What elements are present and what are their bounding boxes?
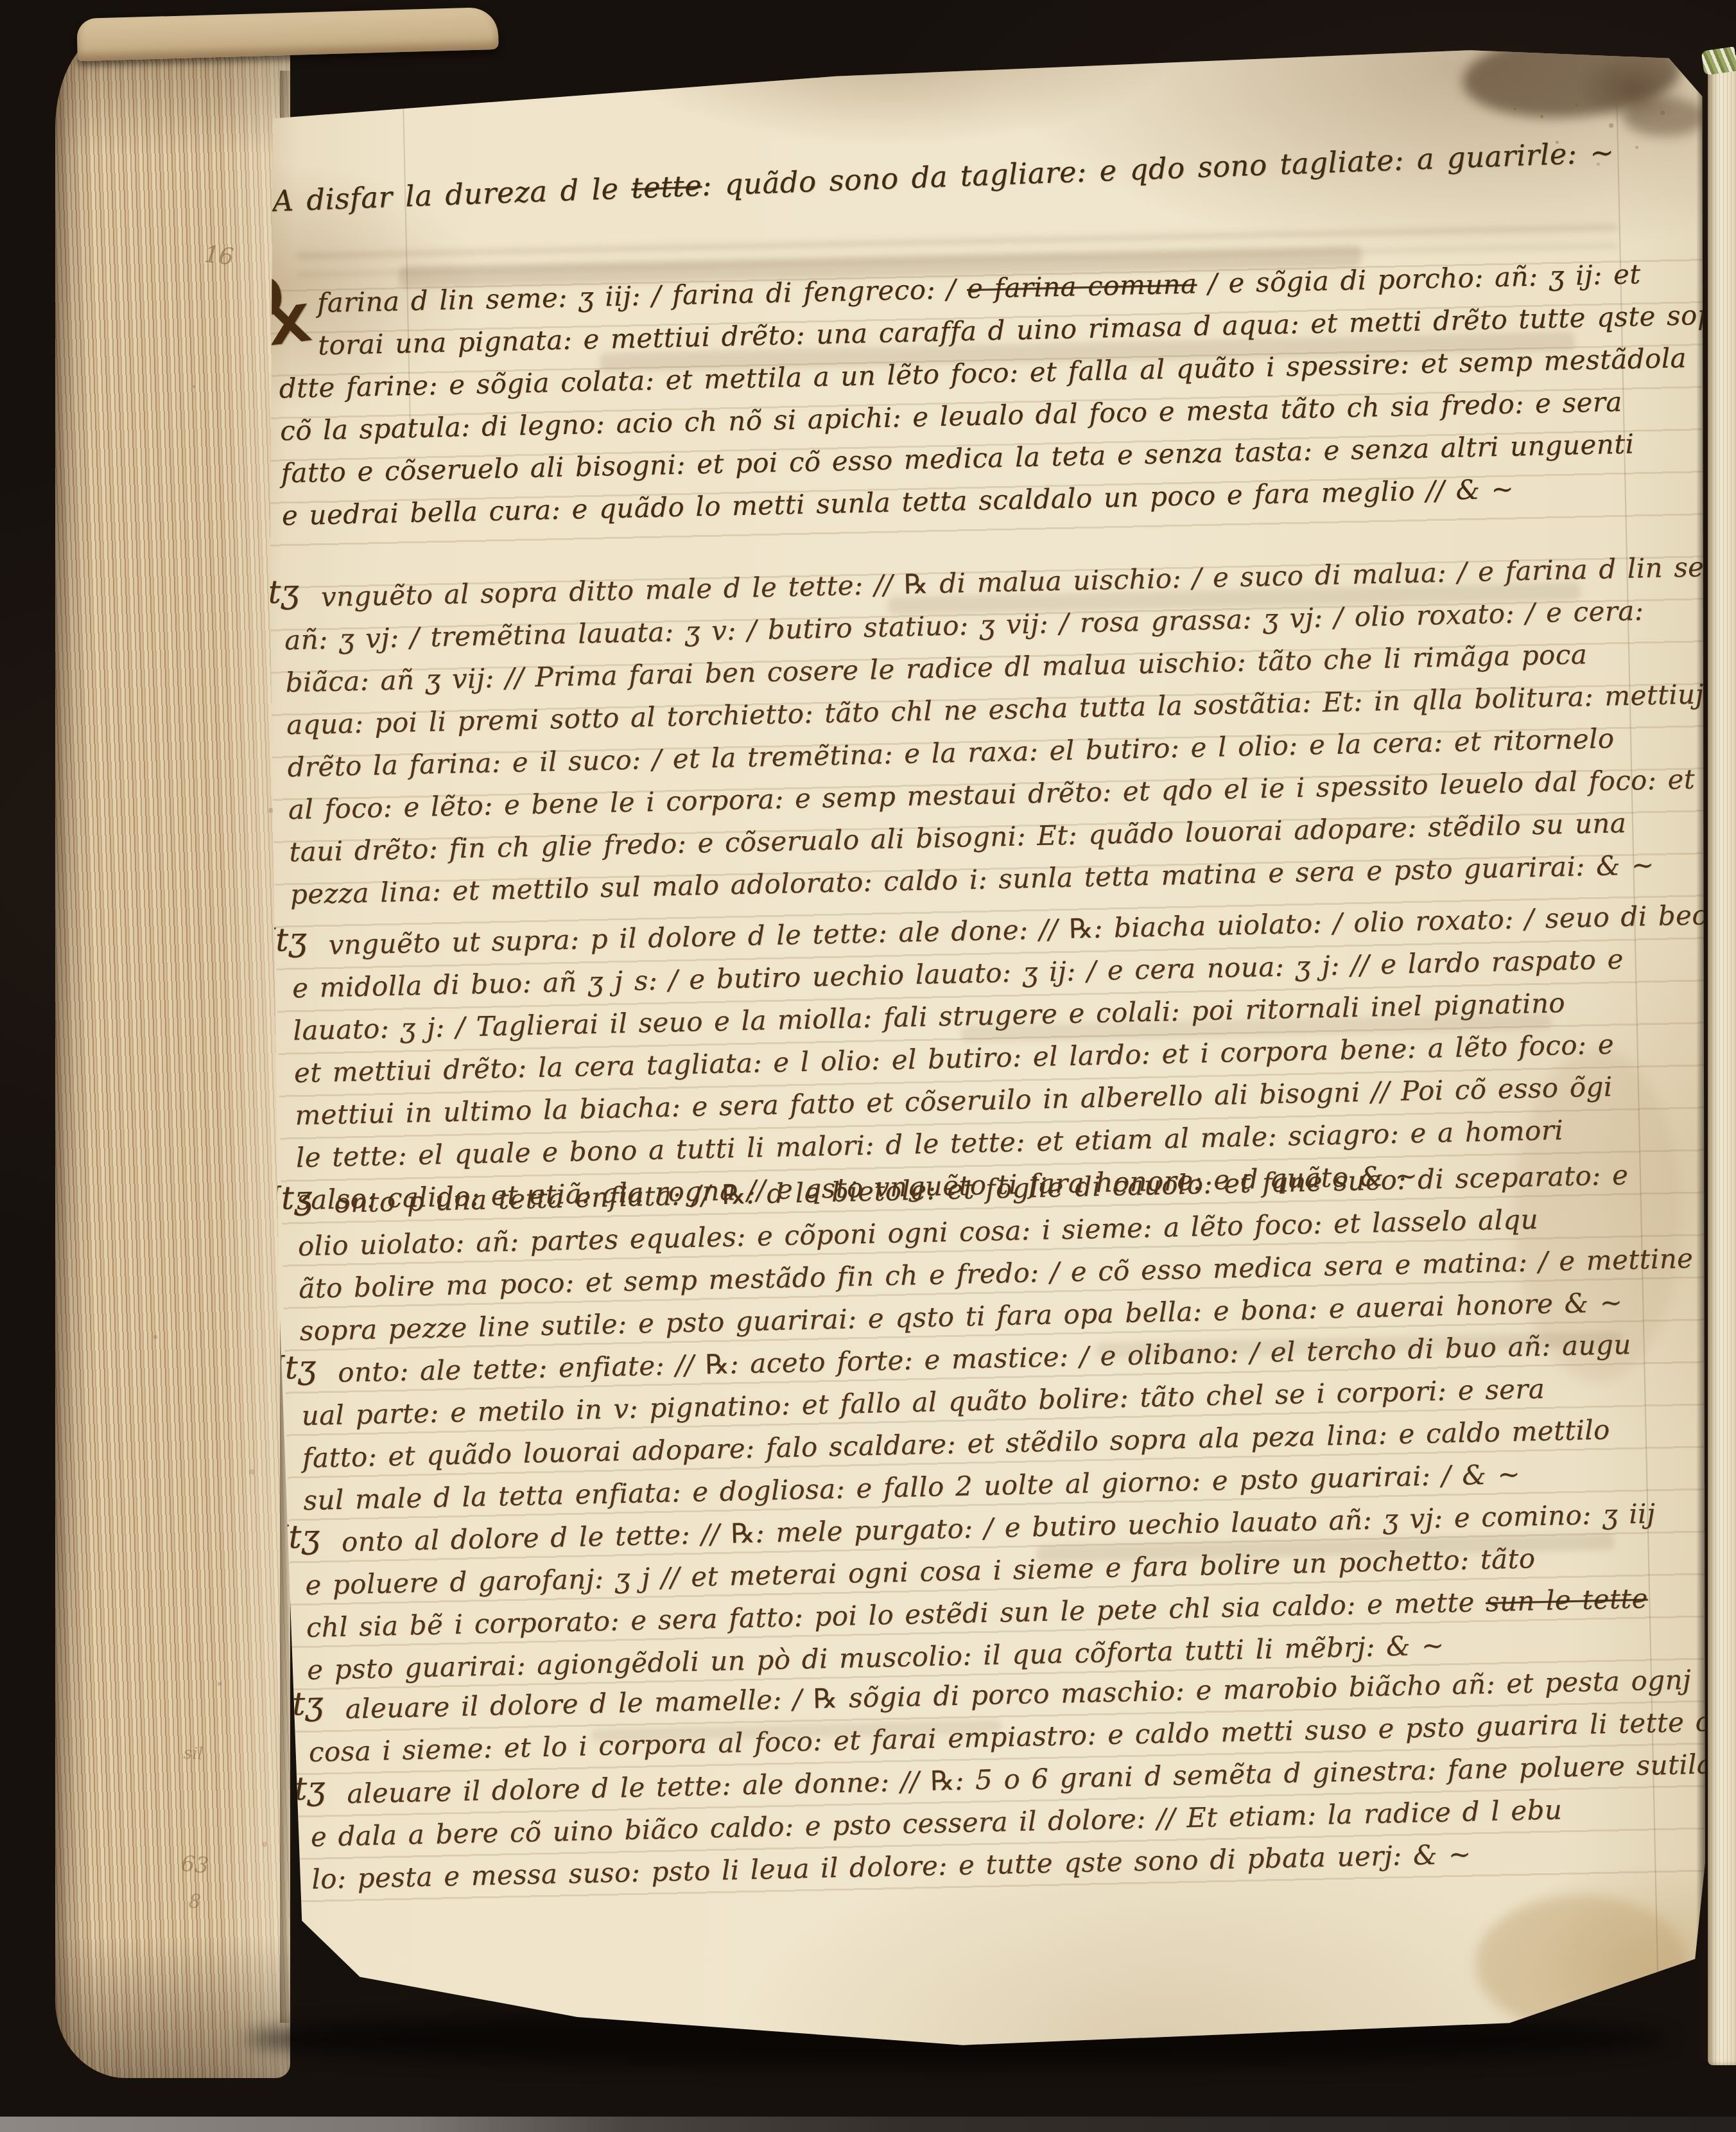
recipe-paragraph-5: Itʒ onto: ale tette: enfiate: // ℞: acet… <box>300 1322 1709 1522</box>
margin-mark-16: 16 <box>203 241 235 271</box>
margin-mark-63: 63 <box>180 1851 210 1879</box>
binding-headband <box>1701 47 1736 76</box>
margin-mark-sil: sil <box>183 1743 204 1764</box>
struck-text: sun le tette <box>1485 1582 1648 1618</box>
margin-mark-8: 8 <box>188 1890 202 1913</box>
chapter-title: A disfar la dureza d le tette: quãdo son… <box>272 133 1678 218</box>
table-edge <box>0 2117 1736 2132</box>
manuscript-photo: { "photo": { "subject": "open manuscript… <box>0 0 1736 2132</box>
manuscript-page: A disfar la dureza d le tette: quãdo son… <box>256 46 1705 2051</box>
parchment-cover-flap <box>76 7 499 61</box>
recipe-paragraph-2: Itʒ vnguẽto al sopra ditto male d le tet… <box>283 546 1696 916</box>
recipe-paragraph-4: Itʒ onto p una tetta enfiata: // ℞: d le… <box>297 1152 1706 1352</box>
title-text-end: : quãdo sono da tagliare: e qdo sono tag… <box>701 135 1615 202</box>
next-page-edge <box>1708 55 1736 2065</box>
book-fore-edge <box>55 32 290 2078</box>
title-struck-word: tette <box>630 168 702 205</box>
title-text: A disfar la dureza d le <box>272 171 632 218</box>
handwriting-layer: A disfar la dureza d le tette: quãdo son… <box>233 16 1726 2052</box>
recipe-paragraph-1: ℞ farina d lin seme: ʒ iij: / farina di … <box>277 252 1688 537</box>
line-text: / e sõgia di porcho: añ: ʒ ij: et <box>1197 258 1641 299</box>
recipe-paragraph-6: Itʒ onto al dolore d le tette: // ℞: mel… <box>304 1491 1713 1691</box>
struck-text: e farina comuna <box>966 268 1197 304</box>
edge-color-specks <box>193 385 195 388</box>
